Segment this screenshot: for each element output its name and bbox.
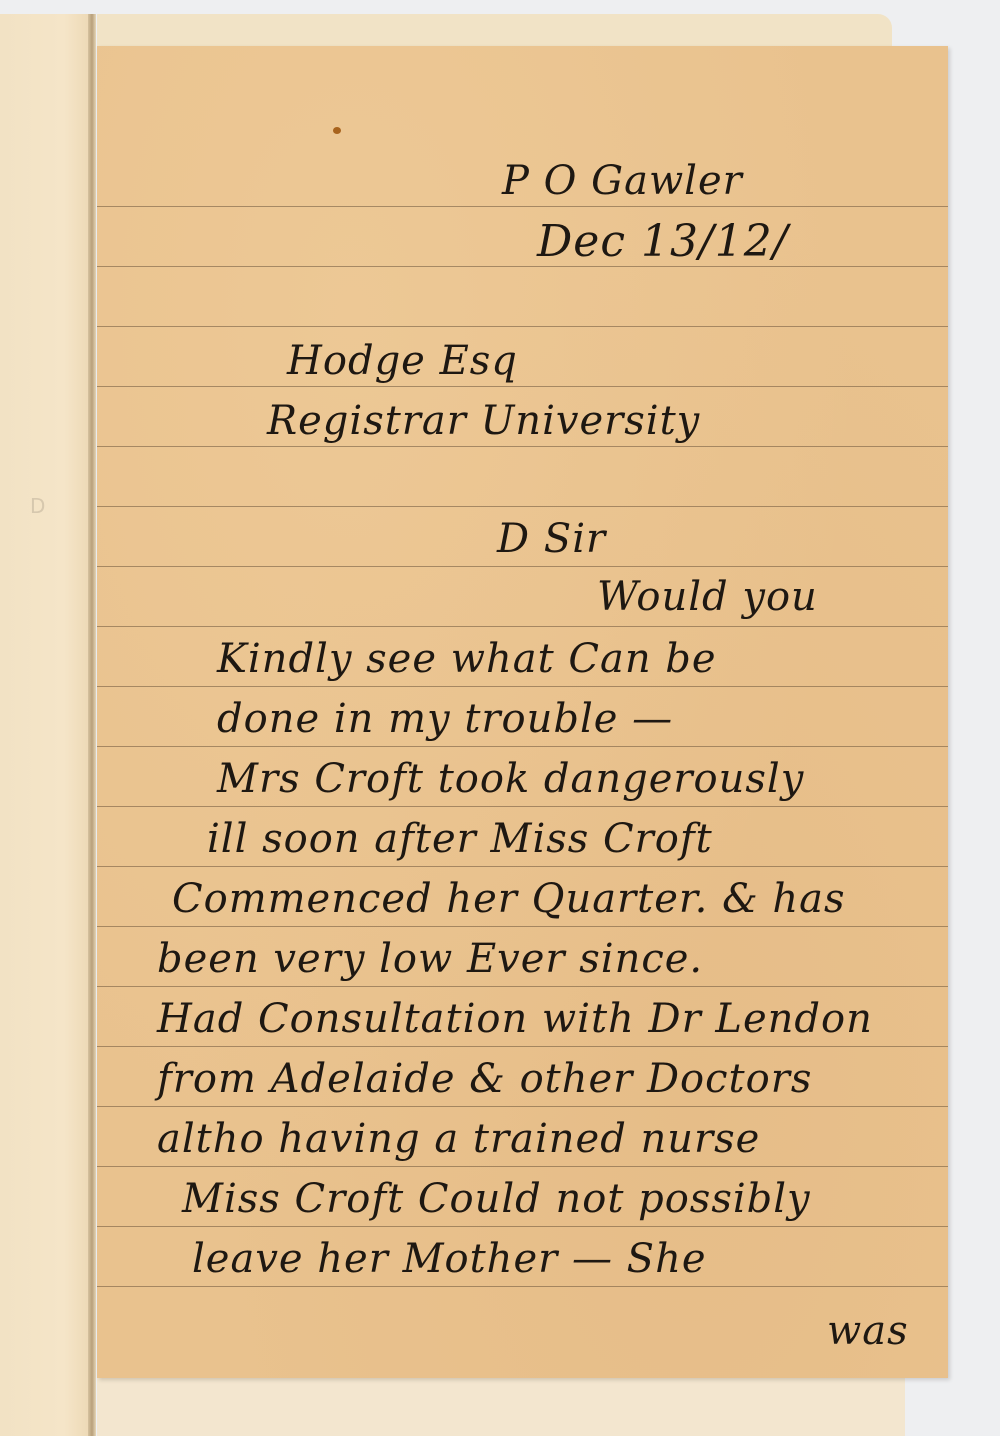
ruled-line [97, 1286, 948, 1287]
letter-body-line: Miss Croft Could not possibly [182, 1176, 811, 1222]
ruled-line [97, 986, 948, 987]
ruled-line [97, 1046, 948, 1047]
ruled-line [97, 806, 948, 807]
letter-body-line: was [827, 1308, 909, 1354]
letter-body-line: altho having a trained nurse [157, 1116, 760, 1162]
ruled-line [97, 566, 948, 567]
letter-place: P O Gawler [502, 158, 743, 204]
letter-body-line: done in my trouble — [217, 696, 673, 742]
ruled-line [97, 446, 948, 447]
ink-spot [333, 127, 341, 134]
ruled-line [97, 1106, 948, 1107]
ruled-line [97, 1166, 948, 1167]
ruled-line [97, 1226, 948, 1227]
letter-addressee-title: Registrar University [267, 398, 700, 444]
letter-body-line: been very low Ever since. [157, 936, 703, 982]
letter-body-line: from Adelaide & other Doctors [157, 1056, 812, 1102]
letter-body-line: Kindly see what Can be [217, 636, 717, 682]
letter-sheet: P O Gawler Dec 13/12/ Hodge Esq Registra… [97, 46, 948, 1378]
ruled-line [97, 266, 948, 267]
ruled-line [97, 926, 948, 927]
underlying-page-top [97, 14, 892, 50]
ruled-line [97, 206, 948, 207]
letter-body-line: leave her Mother — She [192, 1236, 707, 1282]
ruled-line [97, 866, 948, 867]
ruled-line [97, 506, 948, 507]
letter-salutation: D Sir [497, 516, 606, 562]
left-book-page: D [0, 14, 92, 1436]
letter-body-line: ill soon after Miss Croft [207, 816, 713, 862]
letter-date: Dec 13/12/ [537, 216, 789, 267]
letter-addressee: Hodge Esq [287, 338, 518, 384]
letter-body-line: Would you [597, 574, 818, 620]
ruled-line [97, 686, 948, 687]
letter-body-line: Had Consultation with Dr Lendon [157, 996, 873, 1042]
faded-text: D [30, 494, 45, 518]
underlying-page-bottom [97, 1372, 905, 1436]
ruled-line [97, 746, 948, 747]
book-spine [88, 14, 96, 1436]
letter-body-line: Commenced her Quarter. & has [172, 876, 846, 922]
letter-body-line: Mrs Croft took dangerously [217, 756, 804, 802]
ruled-line [97, 326, 948, 327]
ruled-line [97, 626, 948, 627]
ruled-line [97, 386, 948, 387]
